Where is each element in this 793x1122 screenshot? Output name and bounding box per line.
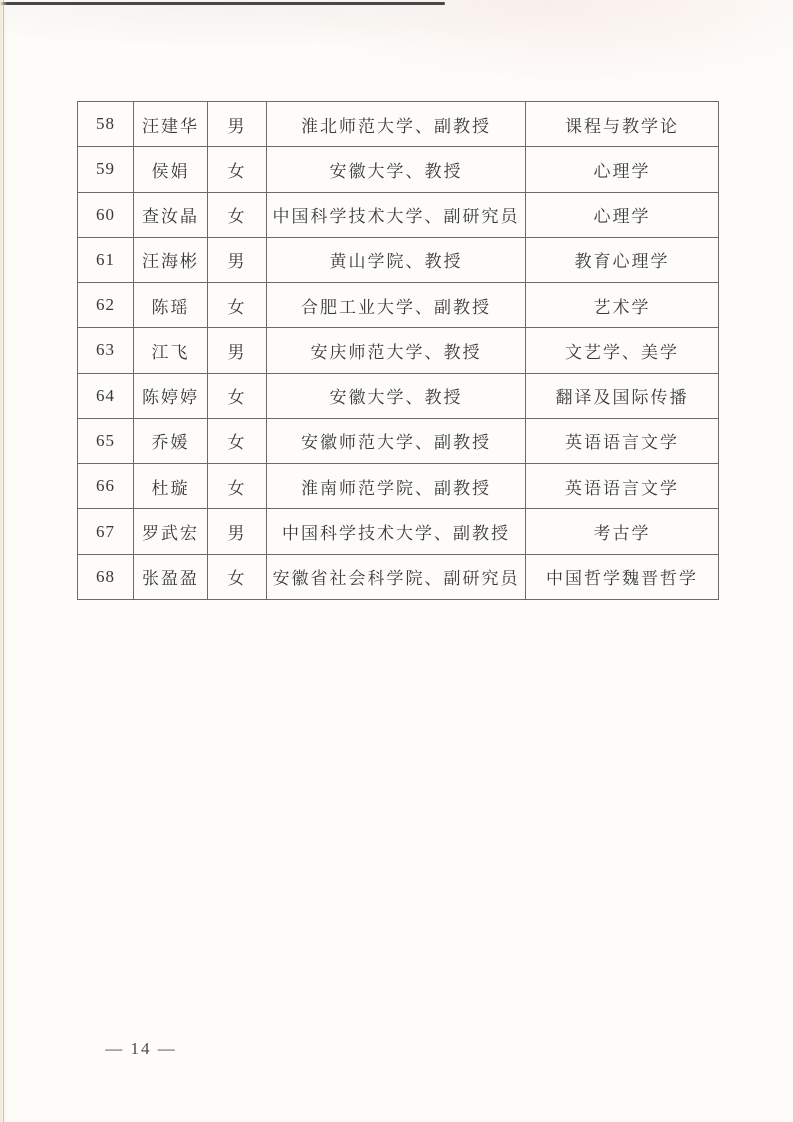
cell-discipline: 中国哲学魏晋哲学 <box>526 554 719 599</box>
cell-name: 陈婷婷 <box>134 373 208 418</box>
cell-gender: 女 <box>208 373 267 418</box>
cell-index: 66 <box>78 464 134 509</box>
table-row: 65 乔媛 女 安徽师范大学、副教授 英语语言文学 <box>78 418 719 463</box>
cell-gender: 女 <box>208 283 267 328</box>
cell-affiliation-title: 安徽大学、教授 <box>267 147 526 192</box>
cell-name: 罗武宏 <box>134 509 208 554</box>
cell-name: 汪海彬 <box>134 237 208 282</box>
cell-affiliation-title: 中国科学技术大学、副研究员 <box>267 192 526 237</box>
cell-discipline: 英语语言文学 <box>526 464 719 509</box>
scan-artifact-left-line <box>3 0 4 1122</box>
table-row: 67 罗武宏 男 中国科学技术大学、副教授 考古学 <box>78 509 719 554</box>
document-page: 58 汪建华 男 淮北师范大学、副教授 课程与教学论 59 侯娟 女 安徽大学、… <box>0 0 793 1122</box>
cell-name: 杜璇 <box>134 464 208 509</box>
table-row: 64 陈婷婷 女 安徽大学、教授 翻译及国际传播 <box>78 373 719 418</box>
cell-name: 陈瑶 <box>134 283 208 328</box>
cell-name: 江飞 <box>134 328 208 373</box>
cell-affiliation-title: 淮北师范大学、副教授 <box>267 102 526 147</box>
cell-affiliation-title: 安徽省社会科学院、副研究员 <box>267 554 526 599</box>
cell-discipline: 心理学 <box>526 192 719 237</box>
table-row: 63 江飞 男 安庆师范大学、教授 文艺学、美学 <box>78 328 719 373</box>
scan-artifact-top-line <box>0 2 445 5</box>
cell-discipline: 文艺学、美学 <box>526 328 719 373</box>
experts-table: 58 汪建华 男 淮北师范大学、副教授 课程与教学论 59 侯娟 女 安徽大学、… <box>77 101 719 600</box>
cell-discipline: 心理学 <box>526 147 719 192</box>
cell-index: 58 <box>78 102 134 147</box>
cell-affiliation-title: 中国科学技术大学、副教授 <box>267 509 526 554</box>
experts-table-body: 58 汪建华 男 淮北师范大学、副教授 课程与教学论 59 侯娟 女 安徽大学、… <box>78 102 719 600</box>
cell-name: 侯娟 <box>134 147 208 192</box>
table-row: 62 陈瑶 女 合肥工业大学、副教授 艺术学 <box>78 283 719 328</box>
cell-index: 60 <box>78 192 134 237</box>
table-row: 66 杜璇 女 淮南师范学院、副教授 英语语言文学 <box>78 464 719 509</box>
table-row: 58 汪建华 男 淮北师范大学、副教授 课程与教学论 <box>78 102 719 147</box>
cell-gender: 女 <box>208 554 267 599</box>
cell-gender: 男 <box>208 102 267 147</box>
cell-index: 61 <box>78 237 134 282</box>
cell-affiliation-title: 黄山学院、教授 <box>267 237 526 282</box>
cell-discipline: 课程与教学论 <box>526 102 719 147</box>
cell-index: 67 <box>78 509 134 554</box>
cell-gender: 男 <box>208 237 267 282</box>
cell-affiliation-title: 安徽师范大学、副教授 <box>267 418 526 463</box>
cell-discipline: 艺术学 <box>526 283 719 328</box>
cell-affiliation-title: 安徽大学、教授 <box>267 373 526 418</box>
cell-gender: 男 <box>208 328 267 373</box>
cell-index: 62 <box>78 283 134 328</box>
cell-gender: 女 <box>208 147 267 192</box>
cell-discipline: 教育心理学 <box>526 237 719 282</box>
cell-index: 65 <box>78 418 134 463</box>
cell-discipline: 翻译及国际传播 <box>526 373 719 418</box>
cell-name: 乔媛 <box>134 418 208 463</box>
table-row: 59 侯娟 女 安徽大学、教授 心理学 <box>78 147 719 192</box>
cell-name: 查汝晶 <box>134 192 208 237</box>
cell-gender: 女 <box>208 418 267 463</box>
table-row: 68 张盈盈 女 安徽省社会科学院、副研究员 中国哲学魏晋哲学 <box>78 554 719 599</box>
cell-gender: 女 <box>208 192 267 237</box>
cell-index: 59 <box>78 147 134 192</box>
cell-index: 63 <box>78 328 134 373</box>
cell-index: 64 <box>78 373 134 418</box>
table-row: 61 汪海彬 男 黄山学院、教授 教育心理学 <box>78 237 719 282</box>
cell-affiliation-title: 淮南师范学院、副教授 <box>267 464 526 509</box>
cell-discipline: 英语语言文学 <box>526 418 719 463</box>
cell-affiliation-title: 安庆师范大学、教授 <box>267 328 526 373</box>
page-number: — 14 — <box>100 1039 182 1059</box>
cell-affiliation-title: 合肥工业大学、副教授 <box>267 283 526 328</box>
cell-index: 68 <box>78 554 134 599</box>
cell-gender: 男 <box>208 509 267 554</box>
cell-name: 汪建华 <box>134 102 208 147</box>
cell-gender: 女 <box>208 464 267 509</box>
table-row: 60 查汝晶 女 中国科学技术大学、副研究员 心理学 <box>78 192 719 237</box>
cell-discipline: 考古学 <box>526 509 719 554</box>
cell-name: 张盈盈 <box>134 554 208 599</box>
